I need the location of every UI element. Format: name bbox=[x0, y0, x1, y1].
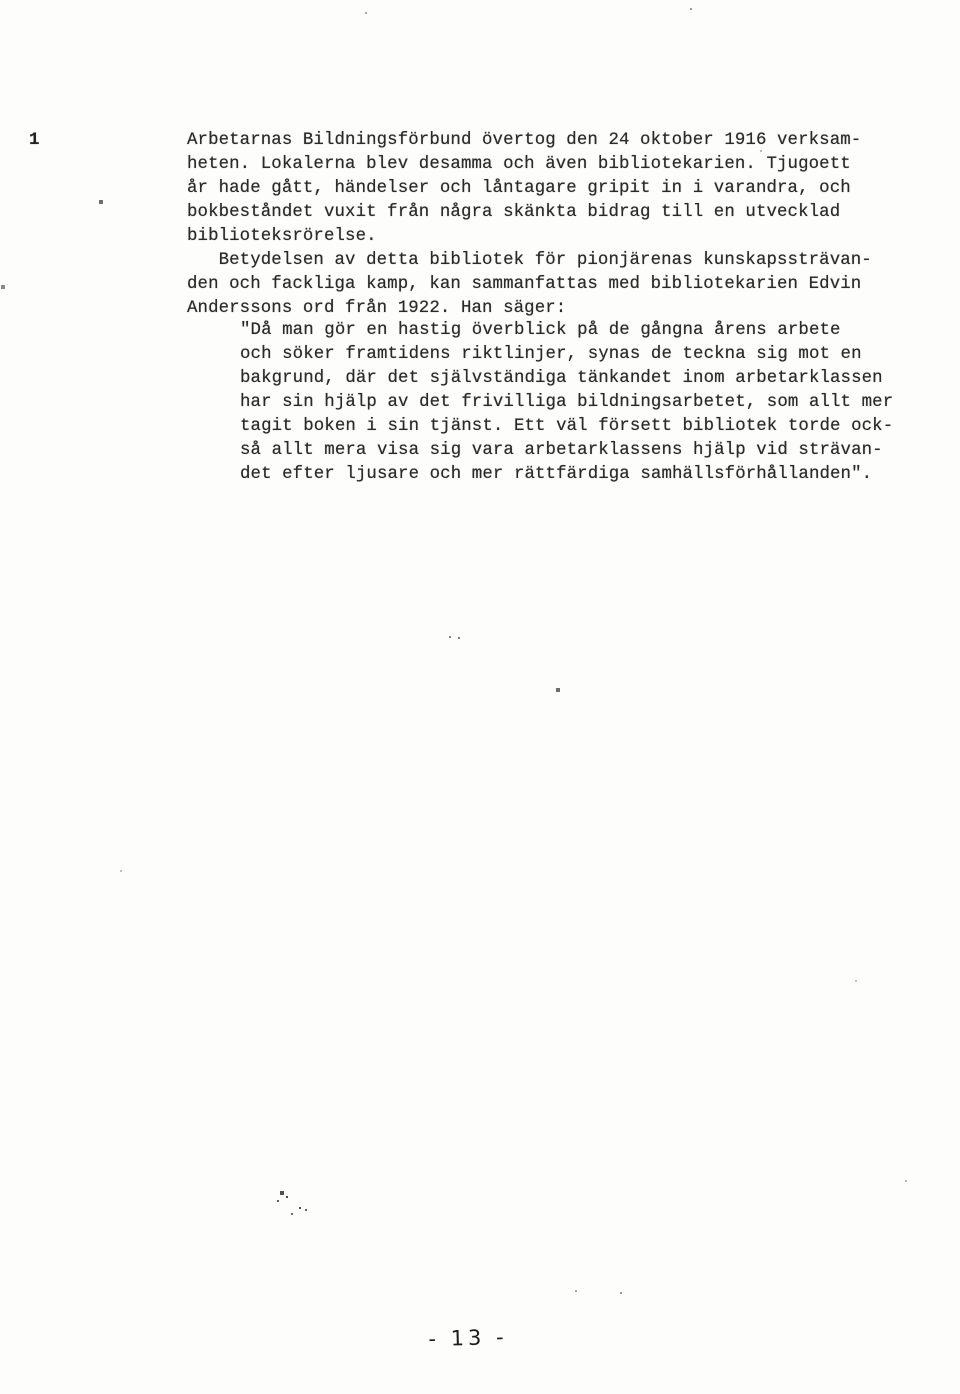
text-line: Arbetarnas Bildningsförbund övertog den … bbox=[187, 129, 887, 153]
scan-noise-specks bbox=[0, 0, 2, 2]
text-line: den och fackliga kamp, kan sammanfattas … bbox=[187, 273, 887, 297]
quote-line: bakgrund, där det självständiga tänkande… bbox=[240, 367, 900, 391]
text-line: år hade gått, händelser och låntagare gr… bbox=[187, 177, 887, 201]
quote-line: har sin hjälp av det frivilliga bildning… bbox=[240, 391, 900, 415]
quote-line: så allt mera visa sig vara arbetarklasse… bbox=[240, 439, 900, 463]
block-quote: "Då man gör en hastig överblick på de gå… bbox=[240, 319, 900, 487]
quote-line: det efter ljusare och mer rättfärdiga sa… bbox=[240, 463, 900, 487]
page-number: - 13 - bbox=[418, 1325, 519, 1352]
text-line: heten. Lokalerna blev desamma och även b… bbox=[187, 153, 887, 177]
quote-line: "Då man gör en hastig överblick på de gå… bbox=[240, 319, 900, 343]
text-line: bokbeståndet vuxit från några skänkta bi… bbox=[187, 201, 887, 225]
margin-note: 1 bbox=[29, 129, 40, 153]
quote-line: och söker framtidens riktlinjer, synas d… bbox=[240, 343, 900, 367]
text-line: Anderssons ord från 1922. Han säger: bbox=[187, 297, 887, 321]
quote-line: tagit boken i sin tjänst. Ett väl förset… bbox=[240, 415, 900, 439]
text-line: biblioteksrörelse. bbox=[187, 225, 887, 249]
scanned-document-page: 1 Arbetarnas Bildningsförbund övertog de… bbox=[0, 0, 960, 1394]
text-line: Betydelsen av detta bibliotek för pionjä… bbox=[187, 249, 887, 273]
body-paragraphs: Arbetarnas Bildningsförbund övertog den … bbox=[187, 129, 887, 321]
